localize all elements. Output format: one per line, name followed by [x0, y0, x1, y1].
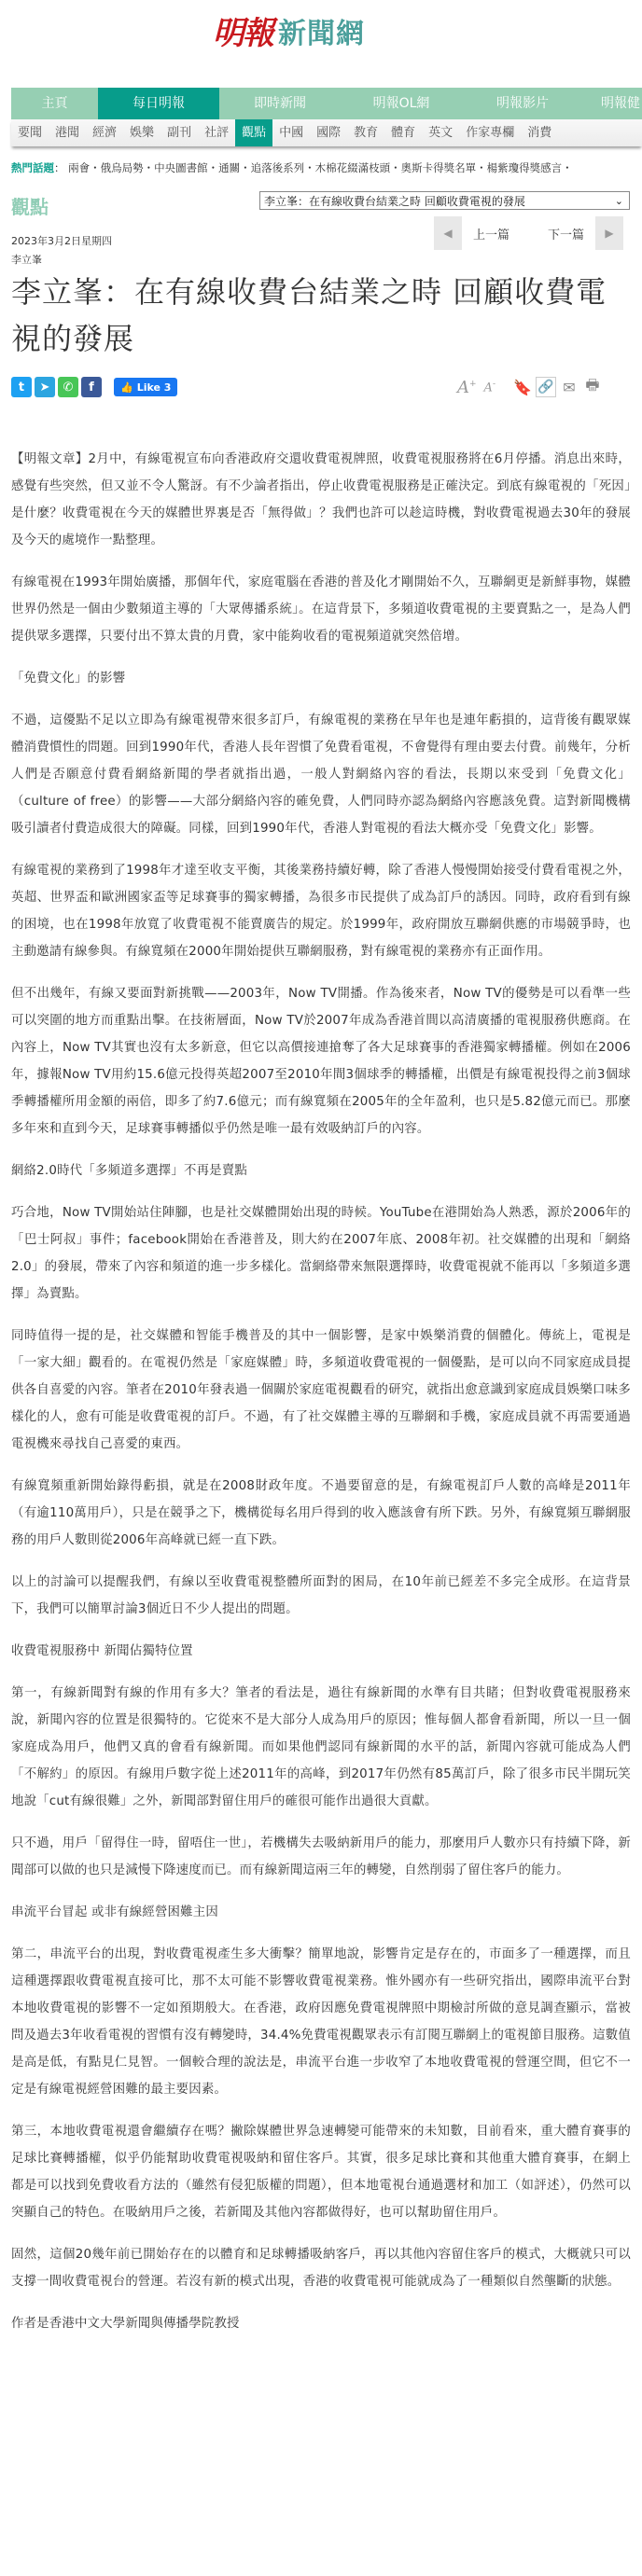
sub-nav-item-headlines[interactable]: 要聞	[11, 119, 49, 146]
article-paragraph: 巧合地，Now TV開始站住陣腳，也是社交媒體開始出現的時候。YouTube在港…	[11, 1199, 631, 1308]
sub-nav-item-sports[interactable]: 體育	[384, 119, 422, 146]
separator: ・	[240, 161, 251, 174]
site-logo[interactable]: 明報 新聞網	[213, 7, 365, 53]
main-nav-item-instant-news[interactable]: 即時新聞	[219, 88, 341, 119]
sub-nav-item-editorial[interactable]: 社評	[198, 119, 235, 146]
article-select-dropdown[interactable]: 李立峯：在有線收費台結業之時 回顧收費電視的發展 ⌄	[259, 191, 630, 210]
print-icon[interactable]: 🖶	[582, 377, 603, 397]
article-paragraph: 第三，本地收費電視還會繼續存在嗎？撇除媒體世界急速轉變可能帶來的未知數，目前看來…	[11, 2118, 631, 2226]
bookmark-icon[interactable]: 🔖	[512, 377, 533, 397]
separator: ・	[562, 161, 573, 174]
arrow-right-icon: ▶	[595, 216, 623, 250]
twitter-share-icon[interactable]: t	[11, 377, 32, 397]
logo-brand: 明報	[213, 7, 272, 53]
separator: ・	[476, 161, 487, 174]
sub-nav: 要聞 港聞 經濟 娛樂 副刊 社評 觀點 中國 國際 教育 體育 英文 作家專欄…	[11, 119, 642, 146]
previous-article-label: 上一篇	[462, 225, 521, 242]
telegram-share-icon[interactable]: ➤	[35, 377, 55, 397]
hot-topic-link[interactable]: 兩會	[68, 161, 90, 174]
facebook-share-icon[interactable]: f	[81, 377, 102, 397]
main-nav-label: 明報影片	[496, 96, 549, 111]
article-paragraph: 【明報文章】2月中，有線電視宣布向香港政府交還收費電視牌照，收費電視服務將在6月…	[11, 446, 631, 554]
section-title: 觀點	[11, 192, 49, 219]
logo-site-name: 新聞網	[278, 10, 365, 51]
mail-icon[interactable]: ✉	[559, 377, 579, 397]
main-nav-item-video[interactable]: 明報影片	[462, 88, 583, 119]
article-paragraph: 有線寬頻重新開始錄得虧損，就是在2008財政年度。不過要留意的是，有線電視訂戶人…	[11, 1473, 631, 1554]
article-select-value: 李立峯：在有線收費台結業之時 回顧收費電視的發展	[264, 195, 525, 208]
sub-nav-item-supplement[interactable]: 副刊	[160, 119, 198, 146]
article-date: 2023年3月2日星期四	[11, 233, 112, 248]
separator: ・	[208, 161, 219, 174]
article-paragraph: 第一，有線新聞對有線的作用有多大？筆者的看法是，過往有線新聞的水準有目共睹；但對…	[11, 1680, 631, 1815]
article-paragraph: 固然，這個20幾年前已開始存在的以體育和足球轉播吸納客戶，再以其他內容留住客戶的…	[11, 2241, 631, 2295]
separator: ・	[304, 161, 315, 174]
like-count-label: Like 3	[137, 381, 172, 394]
hot-topics-colon: ：	[54, 161, 65, 174]
main-nav-item-home[interactable]: 主頁	[11, 88, 98, 119]
sub-nav-item-columnists[interactable]: 作家專欄	[459, 119, 521, 146]
main-nav: 主頁 每日明報 即時新聞 明報OL網 明報影片 明報健	[11, 88, 642, 119]
sub-nav-item-china[interactable]: 中國	[272, 119, 310, 146]
article-subheading: 串流平台冒起 或非有線經營困難主因	[11, 1899, 631, 1926]
link-icon[interactable]: 🔗	[536, 377, 556, 397]
separator: ・	[144, 161, 155, 174]
article-headline: 李立峯：在有線收費台結業之時 回顧收費電視的發展	[11, 269, 627, 362]
sub-nav-item-opinion[interactable]: 觀點	[235, 119, 272, 146]
article-paragraph: 有線電視在1993年開始廣播，那個年代，家庭電腦在香港的普及化才剛開始不久，互聯…	[11, 569, 631, 650]
article-paragraph: 但不出幾年，有線又要面對新挑戰——2003年，Now TV開播。作為後來者，No…	[11, 980, 631, 1143]
article-paragraph: 只不過，用戶「留得住一時，留唔住一世」，若機構失去吸納新用戶的能力，那麼用戶人數…	[11, 1830, 631, 1884]
chevron-down-icon: ⌄	[615, 192, 623, 211]
main-nav-label: 主頁	[42, 96, 68, 111]
whatsapp-share-icon[interactable]: ✆	[58, 377, 78, 397]
hot-topic-link[interactable]: 追落後系列	[251, 161, 305, 174]
article-paragraph: 第二，串流平台的出現，對收費電視產生多大衝擊？簡單地說，影響肯定是存在的，市面多…	[11, 1941, 631, 2103]
sub-nav-item-consumer[interactable]: 消費	[521, 119, 558, 146]
article-paragraph: 同時值得一提的是，社交媒體和智能手機普及的其中一個影響，是家中娛樂消費的個體化。…	[11, 1323, 631, 1458]
hot-topic-link[interactable]: 中央圖書館	[154, 161, 208, 174]
next-article-label: 下一篇	[537, 225, 595, 242]
plus-icon: +	[469, 380, 477, 389]
main-nav-label: 明報OL網	[373, 96, 430, 111]
arrow-left-icon: ◀	[434, 216, 462, 250]
hot-topics-bar: 熱門話題： 兩會・俄烏局勢・中央圖書館・通關・追落後系列・木棉花綴滿枝頭・奧斯卡…	[11, 160, 642, 175]
article-subheading: 網絡2.0時代「多頻道多選擇」不再是賣點	[11, 1157, 631, 1184]
share-bar: t ➤ ✆ f 👍 Like 3	[11, 377, 177, 397]
sub-nav-item-economy[interactable]: 經濟	[86, 119, 123, 146]
separator: ・	[390, 161, 401, 174]
article-subheading: 收費電視服務中 新聞佔獨特位置	[11, 1638, 631, 1665]
next-article-button[interactable]: 下一篇 ▶	[537, 216, 623, 250]
font-smaller-button[interactable]: A-	[484, 380, 495, 395]
thumbs-up-icon: 👍	[120, 381, 133, 394]
font-smaller-icon: A	[484, 381, 493, 395]
sub-nav-item-english[interactable]: 英文	[422, 119, 459, 146]
hot-topic-link[interactable]: 奧斯卡得獎名單	[401, 161, 477, 174]
hot-topic-link[interactable]: 俄烏局勢	[101, 161, 144, 174]
hot-topic-link[interactable]: 通關	[218, 161, 240, 174]
main-nav-item-health[interactable]: 明報健	[583, 88, 642, 119]
separator: ・	[90, 161, 101, 174]
sub-nav-item-international[interactable]: 國際	[310, 119, 347, 146]
sub-nav-item-local[interactable]: 港聞	[49, 119, 86, 146]
main-nav-label: 明報健	[601, 96, 640, 111]
main-nav-item-daily[interactable]: 每日明報	[98, 88, 219, 119]
main-nav-item-ol[interactable]: 明報OL網	[341, 88, 462, 119]
sub-nav-item-education[interactable]: 教育	[347, 119, 384, 146]
hot-topic-link[interactable]: 木棉花綴滿枝頭	[315, 161, 391, 174]
author-bio: 作者是香港中文大學新聞與傳播學院教授	[11, 2310, 631, 2337]
main-nav-label: 即時新聞	[254, 96, 306, 111]
font-larger-icon: A	[457, 378, 469, 397]
article-paragraph: 不過，這優點不足以立即為有線電視帶來很多訂戶，有線電視的業務在早年也是連年虧損的…	[11, 707, 631, 842]
article-author: 李立峯	[11, 252, 42, 267]
article-subheading: 「免費文化」的影響	[11, 665, 631, 692]
hot-topics-label: 熱門話題	[11, 161, 54, 174]
article-body: 【明報文章】2月中，有線電視宣布向香港政府交還收費電視牌照，收費電視服務將在6月…	[11, 446, 631, 2352]
main-nav-label: 每日明報	[133, 96, 185, 111]
font-larger-button[interactable]: A+	[457, 378, 477, 397]
article-tools: A+ A- 🔖 🔗 ✉ 🖶	[457, 375, 606, 399]
hot-topic-link[interactable]: 楊紫瓊得獎感言	[487, 161, 563, 174]
article-paragraph: 以上的討論可以提醒我們，有線以至收費電視整體所面對的困局，在10年前已經差不多完…	[11, 1569, 631, 1623]
sub-nav-item-entertainment[interactable]: 娛樂	[123, 119, 160, 146]
previous-article-button[interactable]: ◀ 上一篇	[434, 216, 521, 250]
site-header: 明報 新聞網	[0, 0, 642, 75]
facebook-like-button[interactable]: 👍 Like 3	[114, 378, 177, 396]
article-paragraph: 有線電視的業務到了1998年才達至收支平衡，其後業務持續好轉，除了香港人慢慢開始…	[11, 857, 631, 965]
minus-icon: -	[493, 380, 495, 389]
